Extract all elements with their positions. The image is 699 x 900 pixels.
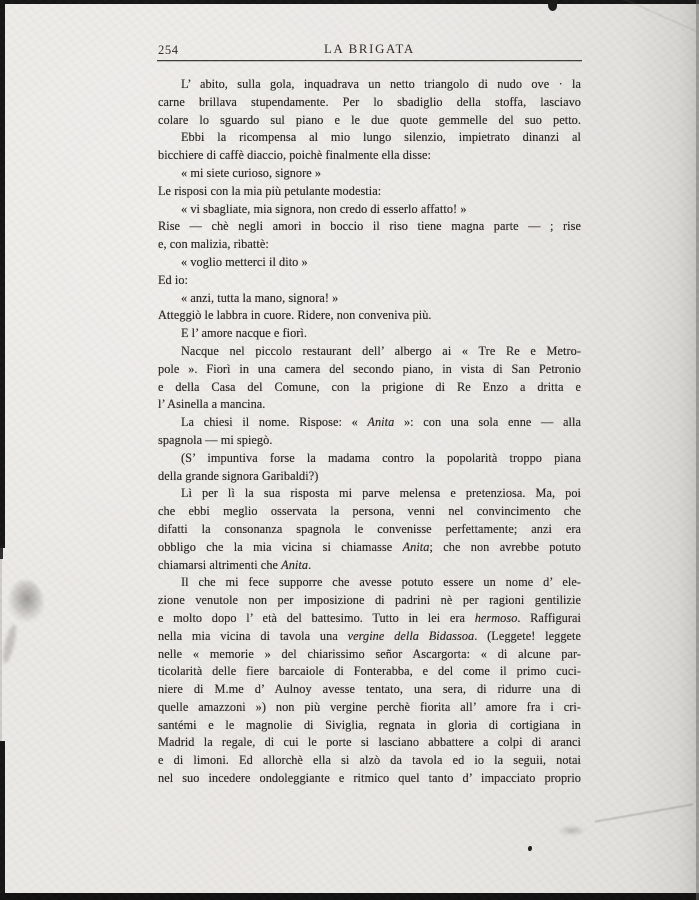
- text-line: Nacque nel piccolo restaurant dell’ albe…: [158, 343, 581, 361]
- scan-top-notch: [548, 0, 557, 11]
- paragraph: Atteggiò le labbra in cuore. Ridere, non…: [158, 307, 581, 325]
- text-line: l’ Asinella a mancina.: [158, 396, 581, 414]
- scan-edge-left-upper: [0, 0, 5, 548]
- text-line: Rise — chè negli amori in boccio il riso…: [158, 218, 581, 236]
- paragraph: Le risposi con la mia più petulante mode…: [158, 183, 581, 201]
- text-line: ticolarità delle fiere barcaiole di Font…: [158, 663, 581, 681]
- text-line: spagnola — mi spiegò.: [158, 432, 581, 450]
- book-page-scan: 254 LA BRIGATA L’ abito, sulla gola, inq…: [0, 0, 699, 900]
- text-line: « mi siete curioso, signore »: [158, 165, 581, 183]
- paragraph: Rise — chè negli amori in boccio il riso…: [158, 218, 581, 254]
- text-line: della grande signora Garibaldi?): [158, 468, 581, 486]
- text-line: E l’ amore nacque e fiorì.: [158, 325, 581, 343]
- paragraph: Il che mi fece supporre che avesse potut…: [158, 574, 581, 788]
- ink-speck: [528, 846, 532, 851]
- text-line: (S’ impuntiva forse la madama contro la …: [158, 450, 581, 468]
- text-line: e, con malizia, ribattè:: [158, 236, 581, 254]
- text-line: santémi e le magnolie di Siviglia, regna…: [158, 717, 581, 735]
- text-line: che ebbi meglio osservata la persona, ve…: [158, 503, 581, 521]
- paragraph: « voglio metterci il dito »: [158, 254, 581, 272]
- text-line: bicchiere di caffè diaccio, poichè final…: [158, 147, 581, 165]
- text-line: difatti la consonanza spagnola le conven…: [158, 521, 581, 539]
- text-line: Le risposi con la mia più petulante mode…: [158, 183, 581, 201]
- text-line: colare lo sguardo sul piano e le due quo…: [158, 112, 581, 130]
- text-line: Ebbi la ricompensa al mio lungo silenzio…: [158, 129, 581, 147]
- text-line: zione venutole non per imposizione di pa…: [158, 592, 581, 610]
- text-line: Lì per lì la sua risposta mi parve melen…: [158, 485, 581, 503]
- text-line: Il che mi fece supporre che avesse potut…: [158, 574, 581, 592]
- text-line: quelle amazzoni ») non più vergine perch…: [158, 699, 581, 717]
- paragraph: E l’ amore nacque e fiorì.: [158, 325, 581, 343]
- text-line: nelle « memorie » del chiarissimo señor …: [158, 646, 581, 664]
- paragraph: (S’ impuntiva forse la madama contro la …: [158, 450, 581, 486]
- header-rule: [157, 60, 582, 61]
- text-line: chiamarsi altrimenti che Anita.: [158, 557, 581, 575]
- paper-stain: [8, 580, 44, 630]
- paper-scratch-top: [622, 0, 699, 35]
- text-block: L’ abito, sulla gola, inquadrava un nett…: [158, 76, 581, 788]
- text-line: La chiesi il nome. Rispose: « Anita »: c…: [158, 414, 581, 432]
- scan-edge-bottom: [0, 893, 699, 900]
- paragraph: L’ abito, sulla gola, inquadrava un nett…: [158, 76, 581, 129]
- text-line: nel suo incedere ondoleggiante e ritmico…: [158, 770, 581, 788]
- paragraph: « anzi, tutta la mano, signora! »: [158, 290, 581, 308]
- text-line: niere di M.me d’ Aulnoy avesse tentato, …: [158, 681, 581, 699]
- running-title: LA BRIGATA: [157, 42, 582, 57]
- text-line: « anzi, tutta la mano, signora! »: [158, 290, 581, 308]
- paragraph: Ed io:: [158, 272, 581, 290]
- paragraph: Lì per lì la sua risposta mi parve melen…: [158, 485, 581, 574]
- paper-smudge: [558, 825, 586, 836]
- text-line: e molto dopo l’ età del battesimo. Tutto…: [158, 610, 581, 628]
- text-line: Ed io:: [158, 272, 581, 290]
- paragraph: « mi siete curioso, signore »: [158, 165, 581, 183]
- paragraph: Nacque nel piccolo restaurant dell’ albe…: [158, 343, 581, 414]
- text-line: « vi sbagliate, mia signora, non credo d…: [158, 201, 581, 219]
- text-line: pole ». Fiorì in una camera del secondo …: [158, 361, 581, 379]
- paragraph: « vi sbagliate, mia signora, non credo d…: [158, 201, 581, 219]
- text-line: Atteggiò le labbra in cuore. Ridere, non…: [158, 307, 581, 325]
- text-line: L’ abito, sulla gola, inquadrava un nett…: [158, 76, 581, 94]
- paragraph: La chiesi il nome. Rispose: « Anita »: c…: [158, 414, 581, 450]
- paragraph: Ebbi la ricompensa al mio lungo silenzio…: [158, 129, 581, 165]
- scan-edge-left-lower: [0, 741, 5, 900]
- text-line: Madrid la regale, di cui le porte si las…: [158, 734, 581, 752]
- paper-stain-tail: [0, 624, 18, 665]
- text-line: carne brillava stupendamente. Per lo sba…: [158, 94, 581, 112]
- text-line: e di limoni. Ed allorchè ella si alzò da…: [158, 752, 581, 770]
- scan-edge-left-faint: [0, 559, 2, 741]
- paper-scratch: [595, 803, 694, 822]
- text-line: e della Casa del Comune, con la prigione…: [158, 379, 581, 397]
- scan-edge-left-notch: [0, 548, 3, 559]
- text-line: nella mia vicina di tavola una vergine d…: [158, 628, 581, 646]
- text-line: obbligo che la mia vicina si chiamasse A…: [158, 539, 581, 557]
- scan-edge-top: [0, 0, 699, 4]
- text-line: « voglio metterci il dito »: [158, 254, 581, 272]
